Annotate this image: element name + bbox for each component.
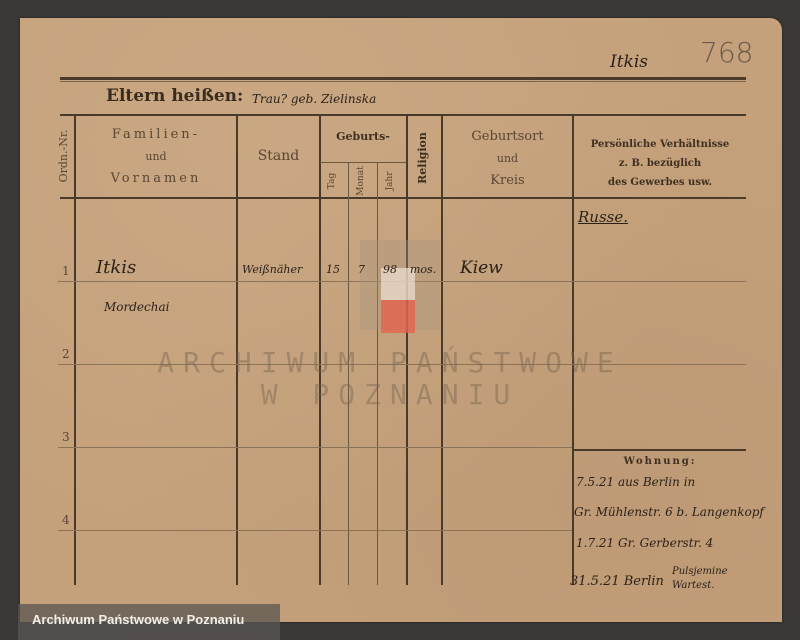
row1-monat: 7 <box>358 263 365 276</box>
wohnung-entry-3: 1.7.21 Gr. Gerberstr. 4 <box>576 536 713 550</box>
top-rule-thin <box>60 81 746 82</box>
wohnung-entry-2: Gr. Mühlenstr. 6 b. Langenkopf <box>574 505 764 519</box>
header-names-line1: Familien- <box>76 124 236 146</box>
header-religion: Religion <box>416 128 432 188</box>
header-geburtsort: Geburtsort und Kreis <box>443 126 572 192</box>
top-rule <box>60 77 746 80</box>
row-line-3 <box>58 447 572 448</box>
header-personal-line2: z. B. bezüglich <box>574 154 746 173</box>
header-names-line3: Vornamen <box>76 168 236 190</box>
row-line-4 <box>58 530 572 531</box>
watermark-line2: W POZNANIU <box>150 378 630 411</box>
row-number-4: 4 <box>62 513 70 527</box>
nationality-note: Russe. <box>578 208 628 226</box>
watermark-line1: ARCHIWUM PAŃSTWOWE <box>150 346 630 379</box>
parents-value: Trau? geb. Zielinska <box>252 92 376 106</box>
header-top-rule <box>60 114 746 116</box>
archive-logo-red <box>381 300 415 333</box>
wohnung-rule <box>573 449 746 451</box>
header-monat: Monat <box>356 161 370 201</box>
header-geburtsort-line3: Kreis <box>443 170 572 192</box>
row1-given-name: Mordechai <box>104 300 169 314</box>
header-stand: Stand <box>238 145 319 167</box>
header-geburts: Geburts- <box>320 127 406 146</box>
row1-geburtsort: Kiew <box>460 258 503 278</box>
header-ordn-nr: Ordn.-Nr. <box>57 121 73 191</box>
surname-top-right: Itkis <box>610 52 648 72</box>
row1-tag: 15 <box>326 263 340 276</box>
row1-stand: Weißnäher <box>242 263 302 276</box>
header-names-line2: und <box>76 146 236 168</box>
row-number-2: 2 <box>62 347 70 361</box>
row1-religion: mos. <box>410 263 436 276</box>
header-bottom-rule <box>60 197 746 199</box>
header-jahr: Jahr <box>385 161 399 201</box>
footer-label: Archiwum Państwowe w Poznaniu <box>32 612 244 627</box>
header-personal-line1: Persönliche Verhältnisse <box>574 135 746 154</box>
row1-jahr: 98 <box>383 263 397 276</box>
wohnung-entry-4: 31.5.21 Berlin <box>570 574 664 589</box>
header-personal-line3: des Gewerbes usw. <box>574 173 746 192</box>
row-number-3: 3 <box>62 430 70 444</box>
header-personal: Persönliche Verhältnisse z. B. bezüglich… <box>574 135 746 192</box>
header-wohnung: Wohnung: <box>574 452 746 471</box>
wohnung-entry-5: Pulsjemine Wartest. <box>672 565 762 593</box>
row1-surname: Itkis <box>96 257 136 278</box>
header-geburtsort-line2: und <box>443 148 572 170</box>
header-names: Familien- und Vornamen <box>76 124 236 190</box>
wohnung-entry-1: 7.5.21 aus Berlin in <box>576 475 695 489</box>
catalog-number: 768 <box>700 36 753 69</box>
parents-label: Eltern heißen: <box>106 86 243 106</box>
row-number-1: 1 <box>62 264 70 278</box>
header-tag: Tag <box>327 161 341 201</box>
header-geburtsort-line1: Geburtsort <box>443 126 572 148</box>
